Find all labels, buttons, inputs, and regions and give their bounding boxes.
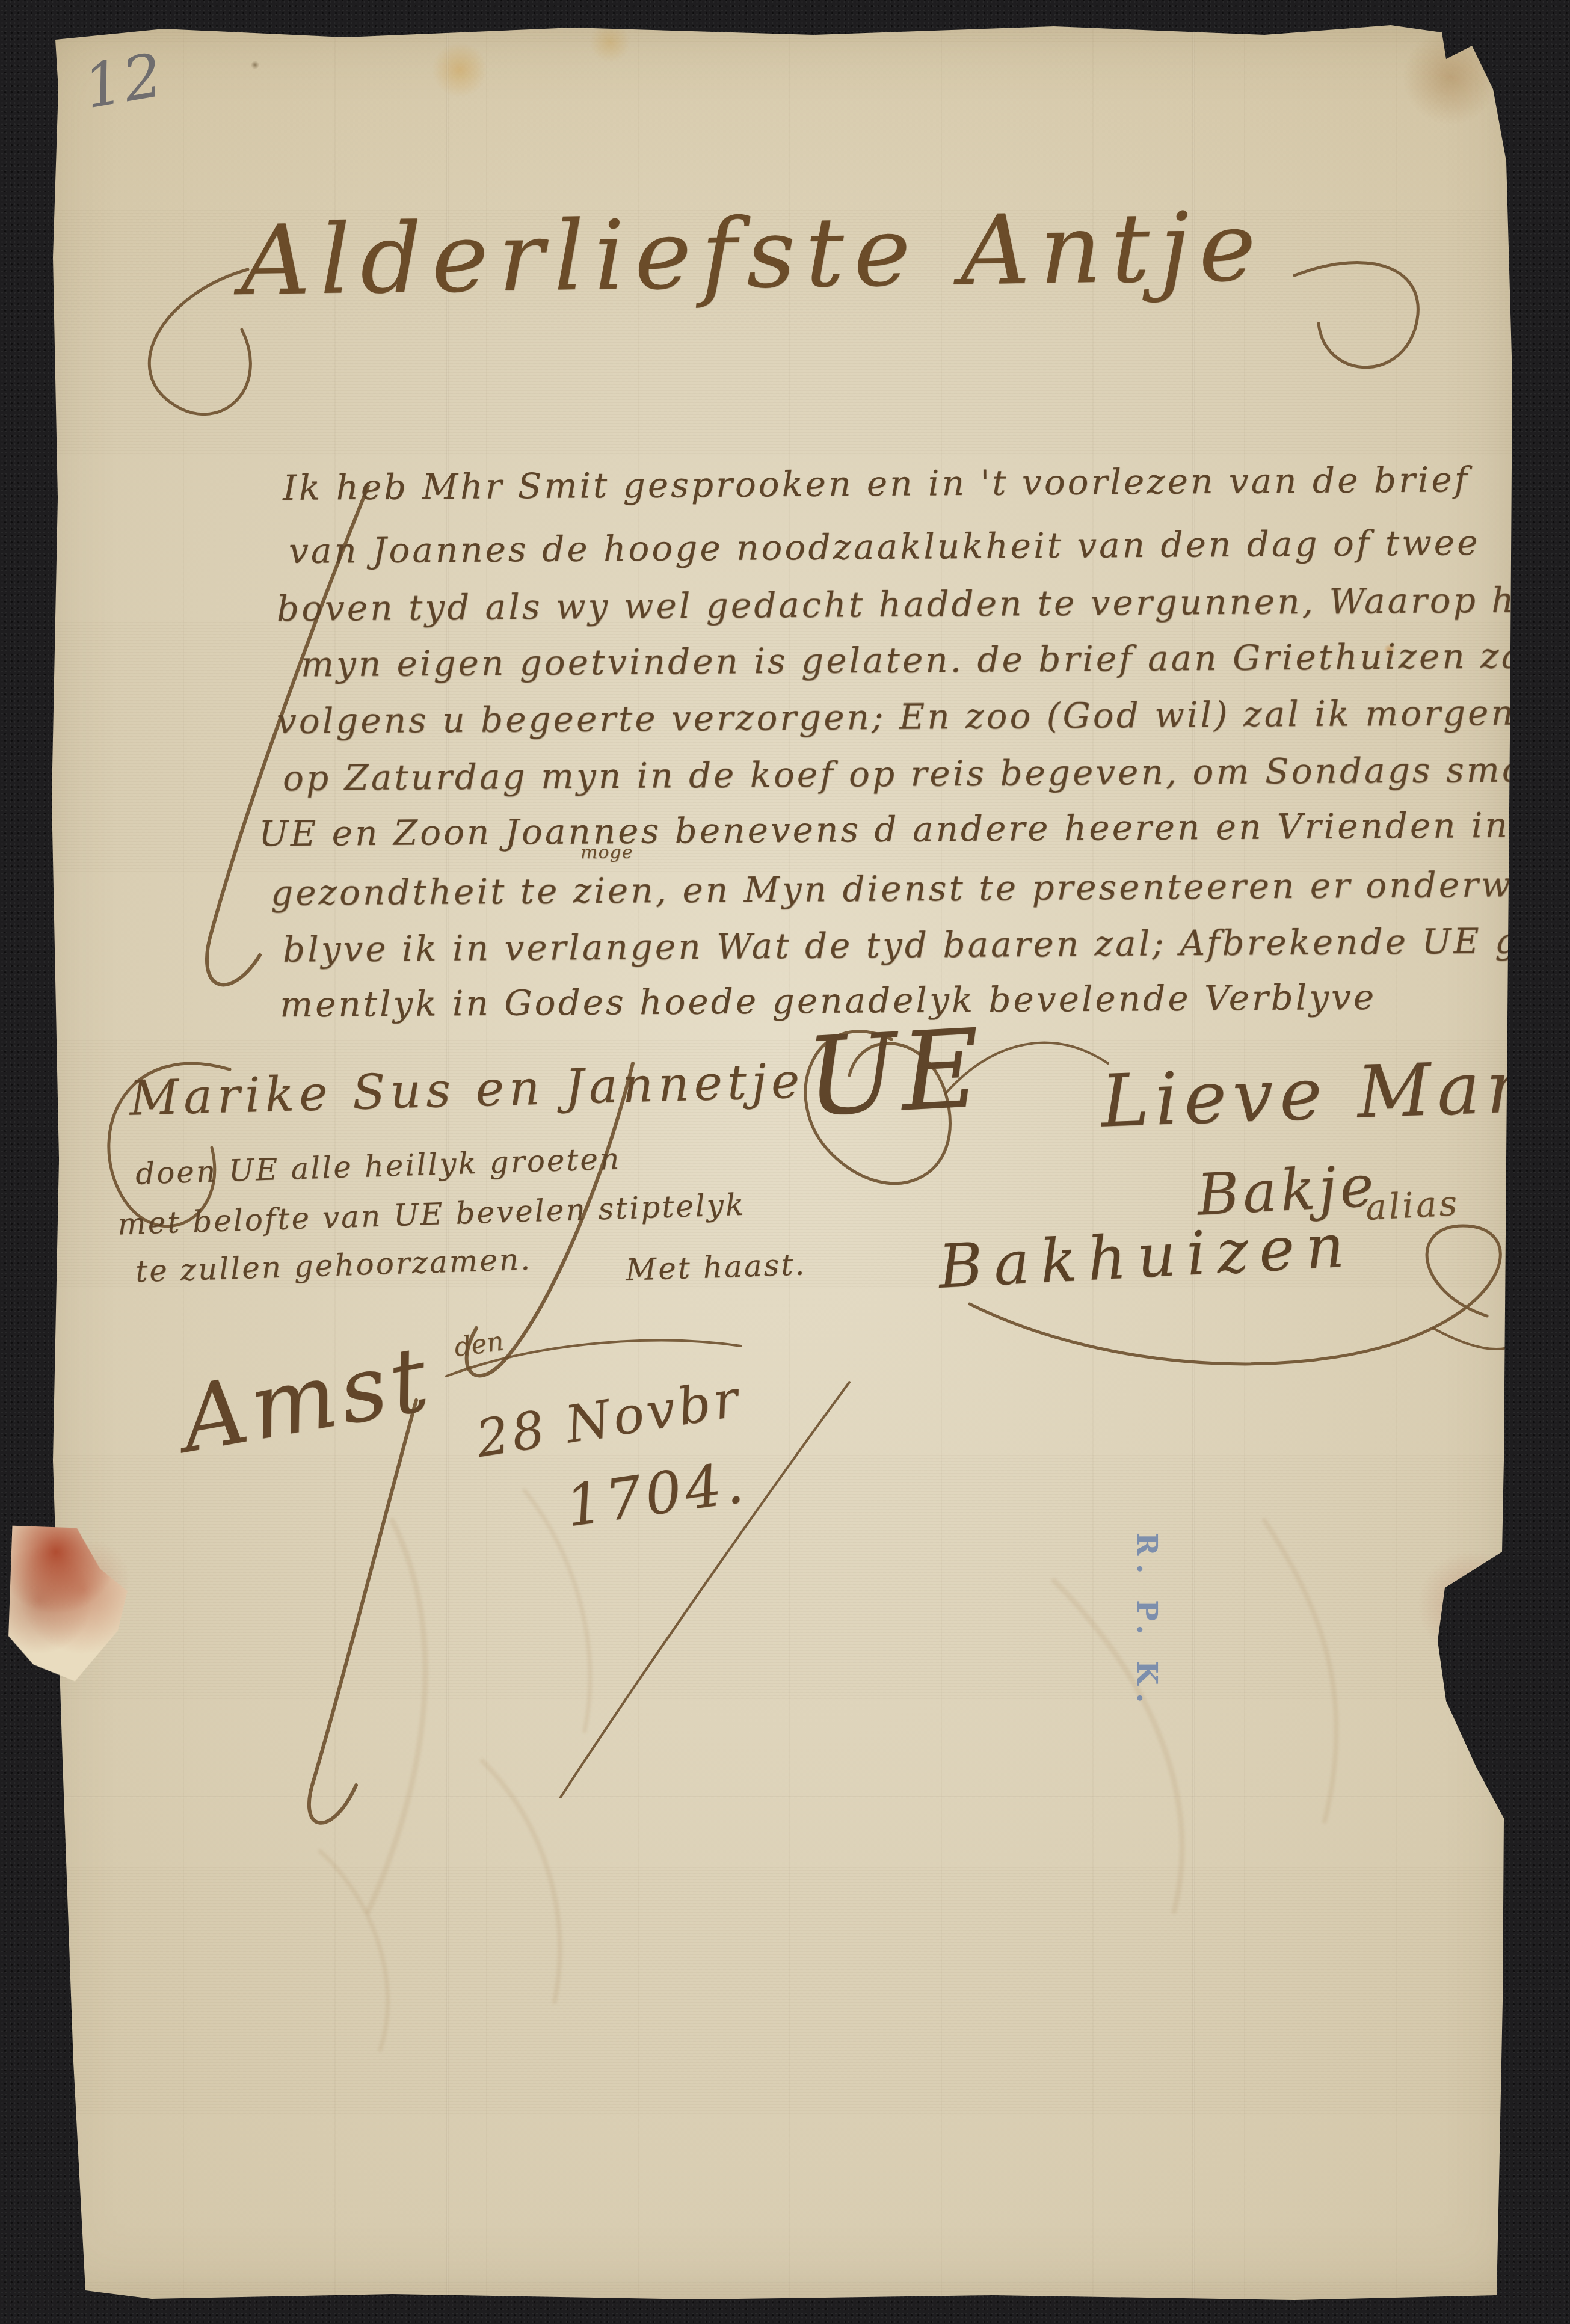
closing-relation: Lieve Man: [1100, 1045, 1540, 1143]
dateline-year: 1704.: [562, 1449, 751, 1540]
dateline-den: den: [452, 1326, 506, 1363]
interlinear-insertion: moge: [580, 842, 633, 863]
body-line: volgens u begeerte verzorgen; En zoo (Go…: [277, 691, 1570, 742]
postscript-line: doen UE alle heillyk groeten: [135, 1141, 621, 1191]
salutation: Alderliefste Antje: [240, 190, 1266, 317]
postscript-line: te zullen gehoorzamen.: [135, 1242, 532, 1290]
dateline-place: Amst: [173, 1326, 440, 1473]
postscript-line: Marike Sus en Jannetje: [129, 1053, 805, 1126]
body-line: van Joannes de hooge noodzaaklukheit van…: [289, 522, 1480, 571]
mount-background: 12 Alderliefste Antje Ik heb Mhr Smit ge…: [0, 0, 1570, 2324]
body-line: myn eigen goetvinden is gelaten. de brie…: [301, 635, 1570, 685]
closing-alias: alias: [1364, 1182, 1460, 1228]
postscript-line: met belofte van UE bevelen stiptelyk: [117, 1187, 746, 1242]
collection-stamp: R. P. K.: [1131, 1532, 1163, 1711]
closing-honorific: UE: [803, 1006, 987, 1140]
body-line: gezondtheit te zien, en Myn dienst te pr…: [271, 863, 1570, 913]
fold-crease-vertical-2: [1192, 17, 1195, 2310]
body-line: Ik heb Mhr Smit gesprooken en in 't voor…: [283, 459, 1470, 508]
fold-crease-horizontal: [31, 1796, 1530, 1798]
body-line: UE en Zoon Joannes benevens d andere hee…: [259, 805, 1510, 855]
body-line: boven tyd als wy wel gedacht hadden te v…: [277, 579, 1570, 629]
body-line: op Zaturdag myn in de koef op reis begev…: [283, 748, 1570, 799]
closing-surname: Bakhuizen: [937, 1210, 1356, 1302]
letter-paper: 12 Alderliefste Antje Ik heb Mhr Smit ge…: [31, 17, 1530, 2310]
pencil-number: 12: [79, 39, 169, 122]
body-line: blyve ik in verlangen Wat de tyd baaren …: [283, 920, 1570, 970]
postscript-haste: Met haast.: [625, 1247, 807, 1287]
